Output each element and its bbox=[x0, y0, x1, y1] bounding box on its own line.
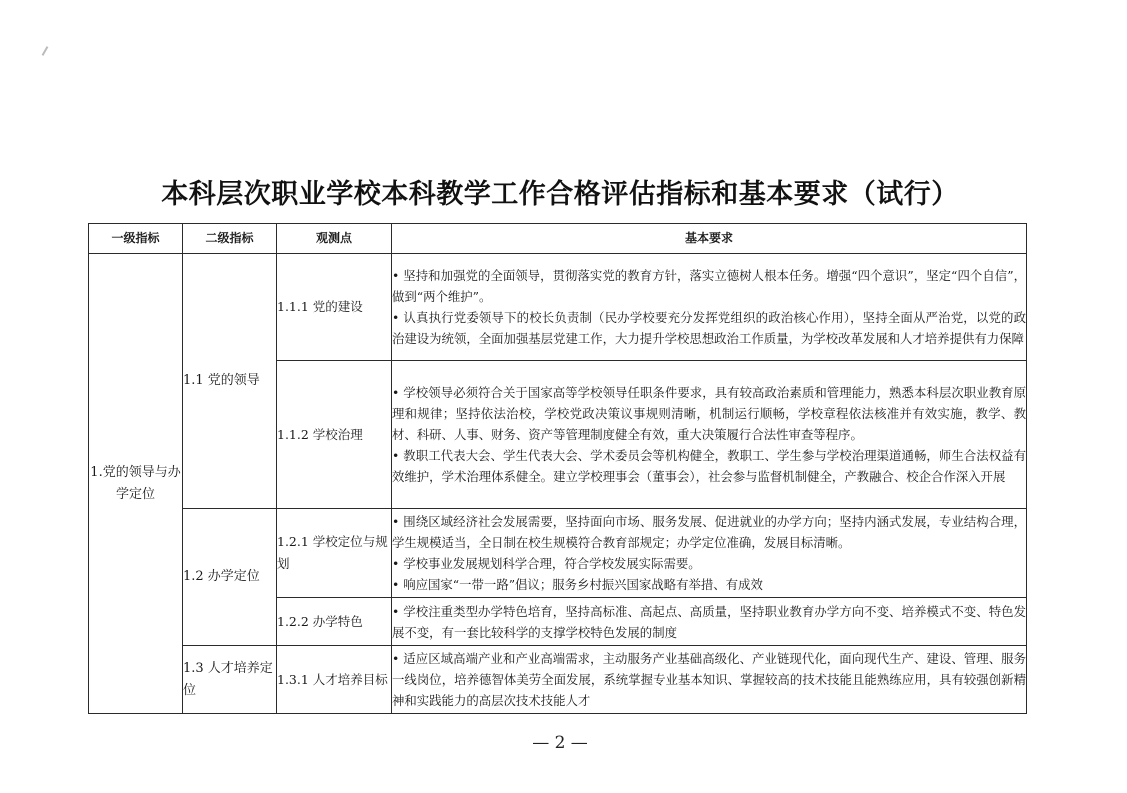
scan-mark bbox=[42, 46, 49, 56]
indicator-table: 一级指标 二级指标 观测点 基本要求 1.党的领导与办学定位 1.1 党的领导 … bbox=[88, 223, 1027, 714]
requirement-item: • 学校注重类型办学特色培育，坚持高标准、高起点、高质量，坚持职业教育办学方向不… bbox=[392, 601, 1026, 643]
level2-cell: 1.2 办学定位 bbox=[183, 509, 277, 646]
document-title: 本科层次职业学校本科教学工作合格评估指标和基本要求（试行） bbox=[90, 172, 1030, 211]
page-number: — 2 — bbox=[480, 733, 640, 753]
table-header-row: 一级指标 二级指标 观测点 基本要求 bbox=[89, 224, 1027, 254]
header-level1: 一级指标 bbox=[89, 224, 183, 254]
requirement-item: • 适应区域高端产业和产业高端需求，主动服务产业基础高级化、产业链现代化，面向现… bbox=[392, 648, 1026, 711]
requirement-item: • 认真执行党委领导下的校长负责制（民办学校要充分发挥党组织的政治核心作用），坚… bbox=[392, 307, 1026, 349]
observation-cell: 1.2.1 学校定位与规划 bbox=[277, 509, 392, 598]
level1-cell: 1.党的领导与办学定位 bbox=[89, 254, 183, 714]
table-row: 1.党的领导与办学定位 1.1 党的领导 1.1.1 党的建设 • 坚持和加强党… bbox=[89, 254, 1027, 361]
table-row: 1.3 人才培养定位 1.3.1 人才培养目标 • 适应区域高端产业和产业高端需… bbox=[89, 646, 1027, 714]
requirements-cell: • 适应区域高端产业和产业高端需求，主动服务产业基础高级化、产业链现代化，面向现… bbox=[392, 646, 1027, 714]
requirements-cell: • 坚持和加强党的全面领导，贯彻落实党的教育方针，落实立德树人根本任务。增强“四… bbox=[392, 254, 1027, 361]
requirement-item: • 坚持和加强党的全面领导，贯彻落实党的教育方针，落实立德树人根本任务。增强“四… bbox=[392, 265, 1026, 307]
header-observation: 观测点 bbox=[277, 224, 392, 254]
table-row: 1.2 办学定位 1.2.1 学校定位与规划 • 围绕区域经济社会发展需要，坚持… bbox=[89, 509, 1027, 598]
observation-cell: 1.1.1 党的建设 bbox=[277, 254, 392, 361]
level2-cell: 1.1 党的领导 bbox=[183, 254, 277, 509]
requirement-item: • 响应国家“一带一路”倡议；服务乡村振兴国家战略有举措、有成效 bbox=[392, 574, 1026, 595]
header-requirements: 基本要求 bbox=[392, 224, 1027, 254]
observation-cell: 1.3.1 人才培养目标 bbox=[277, 646, 392, 714]
requirements-cell: • 围绕区域经济社会发展需要，坚持面向市场、服务发展、促进就业的办学方向；坚持内… bbox=[392, 509, 1027, 598]
requirements-cell: • 学校领导必须符合关于国家高等学校领导任职条件要求，具有较高政治素质和管理能力… bbox=[392, 361, 1027, 509]
observation-cell: 1.2.2 办学特色 bbox=[277, 598, 392, 646]
requirement-item: • 围绕区域经济社会发展需要，坚持面向市场、服务发展、促进就业的办学方向；坚持内… bbox=[392, 511, 1026, 553]
requirement-item: • 教职工代表大会、学生代表大会、学术委员会等机构健全，教职工、学生参与学校治理… bbox=[392, 445, 1026, 487]
requirement-item: • 学校领导必须符合关于国家高等学校领导任职条件要求，具有较高政治素质和管理能力… bbox=[392, 382, 1026, 445]
level2-cell: 1.3 人才培养定位 bbox=[183, 646, 277, 714]
observation-cell: 1.1.2 学校治理 bbox=[277, 361, 392, 509]
requirements-cell: • 学校注重类型办学特色培育，坚持高标准、高起点、高质量，坚持职业教育办学方向不… bbox=[392, 598, 1027, 646]
requirement-item: • 学校事业发展规划科学合理，符合学校发展实际需要。 bbox=[392, 553, 1026, 574]
header-level2: 二级指标 bbox=[183, 224, 277, 254]
